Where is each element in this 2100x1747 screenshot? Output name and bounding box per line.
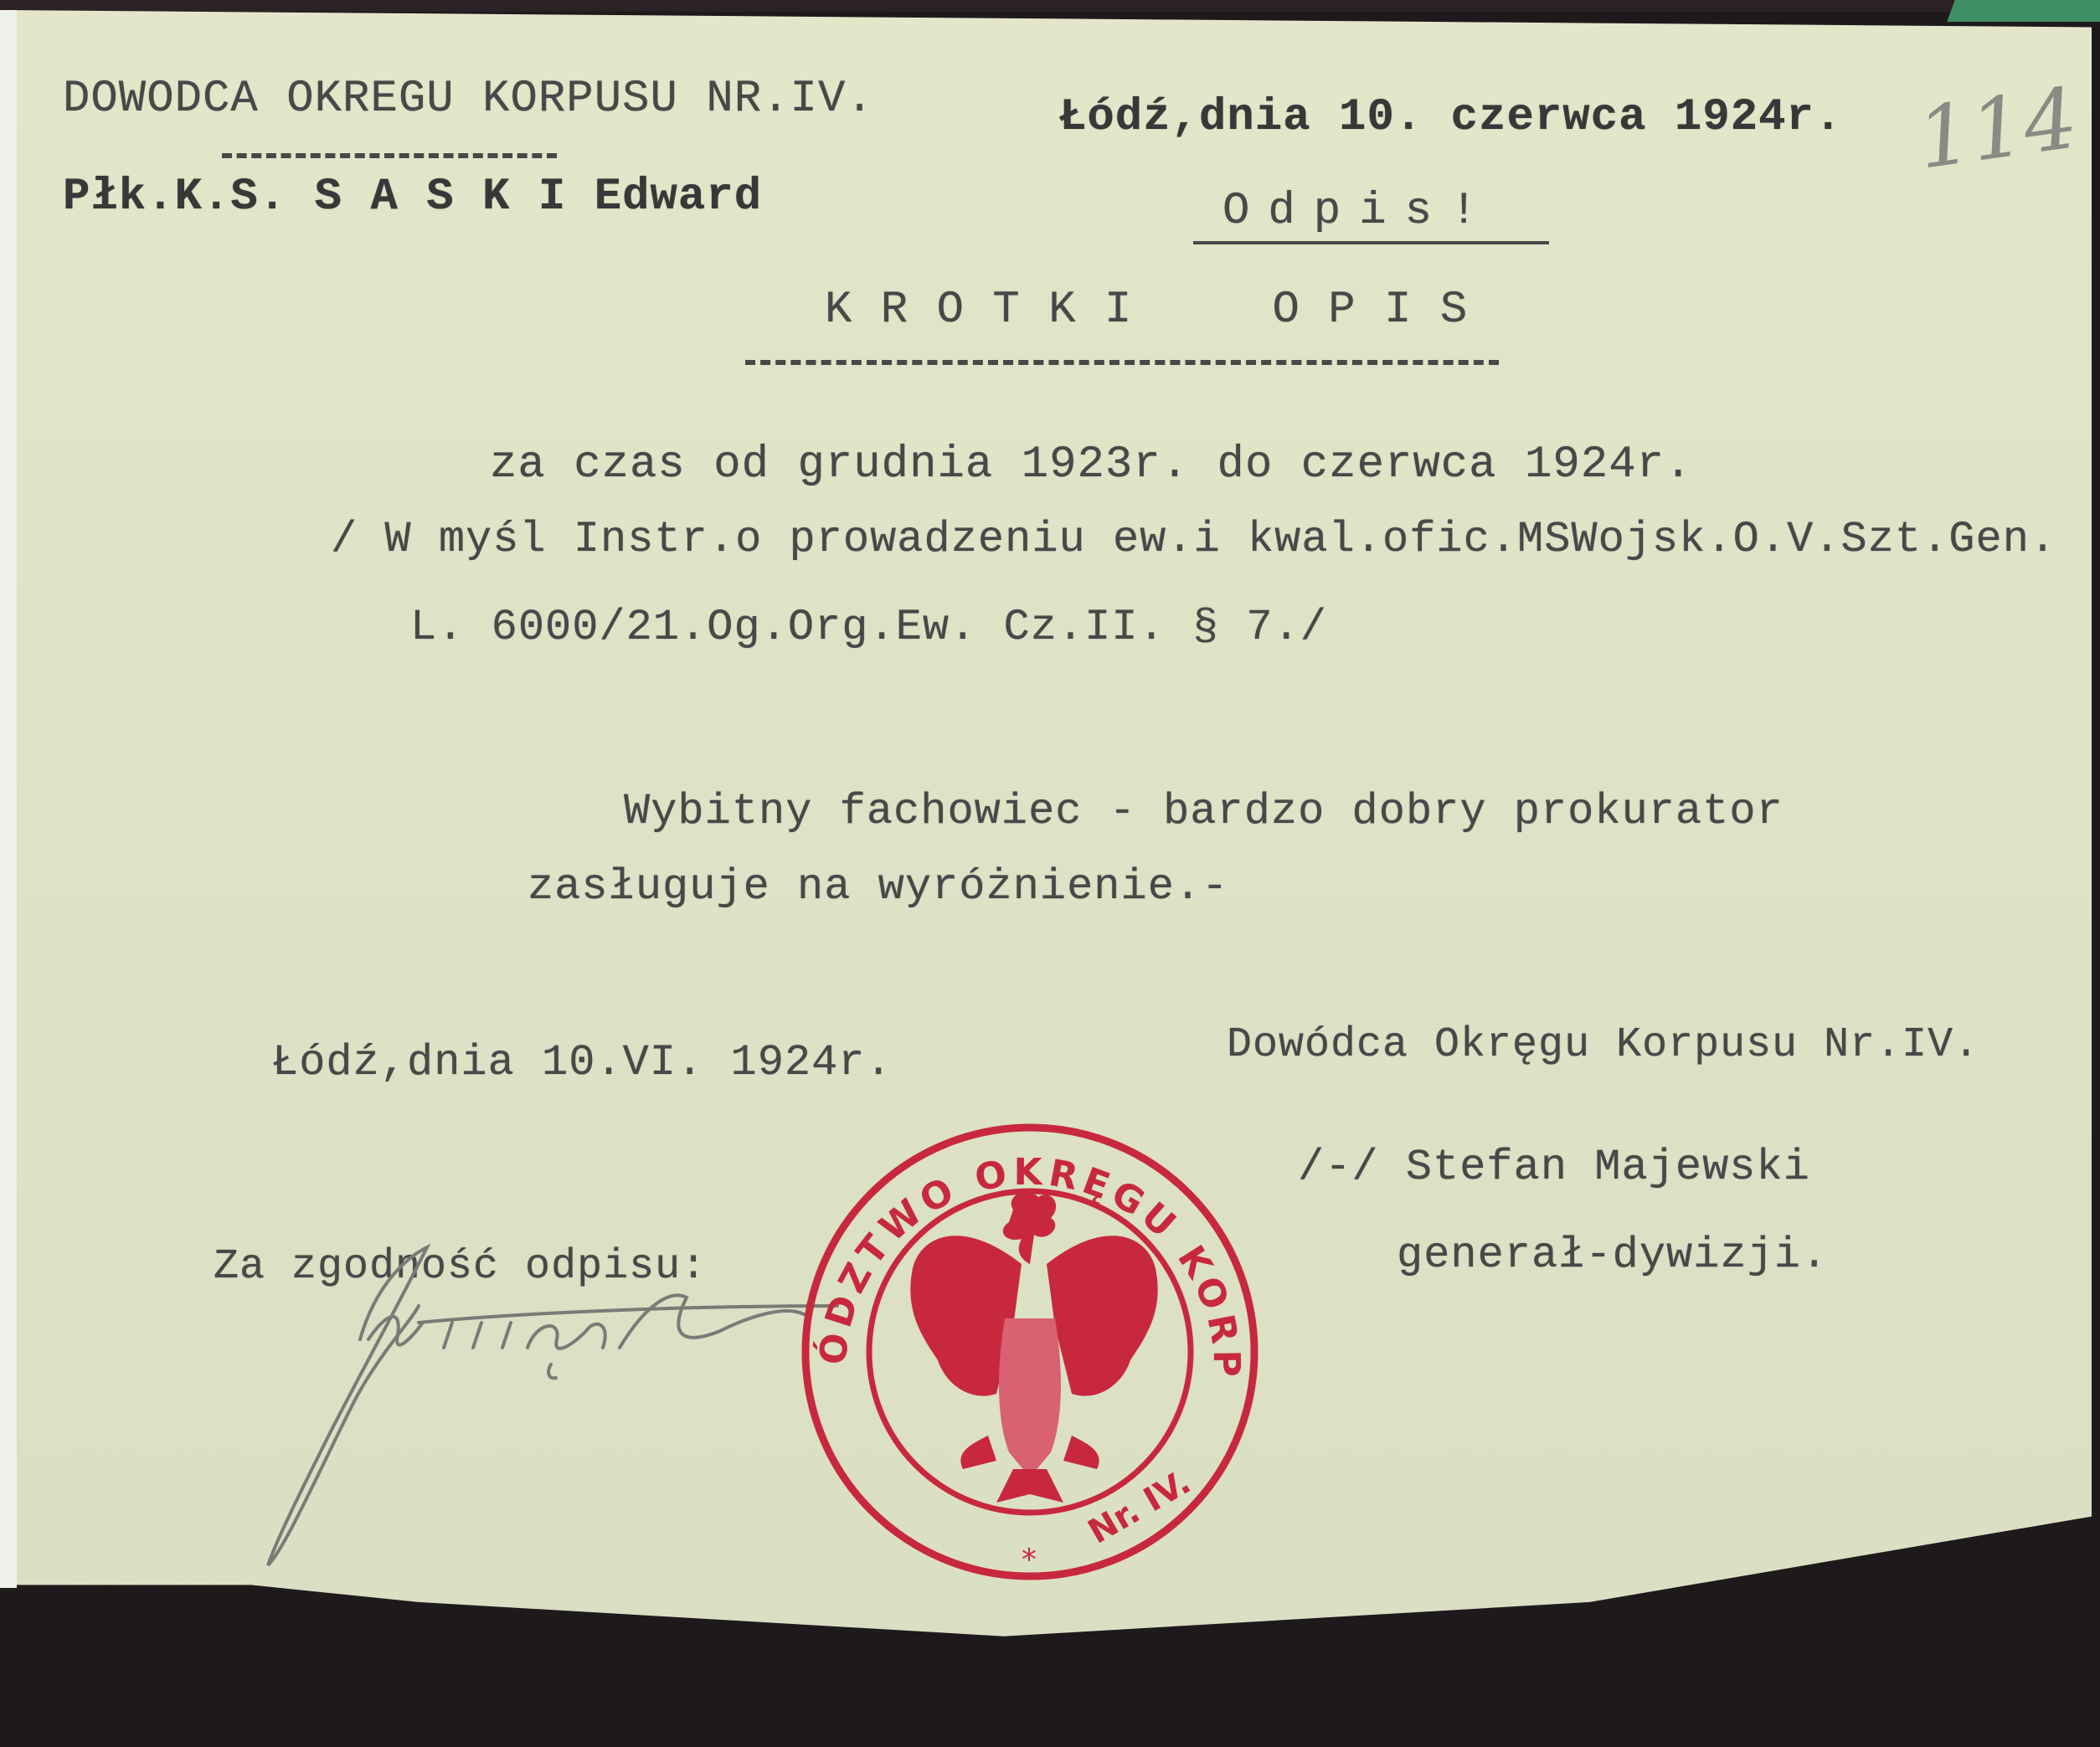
reference-line-2: L. 6000/21.Og.Org.Ew. Cz.II. § 7./	[410, 603, 1327, 652]
title-separator	[745, 360, 1499, 365]
copy-label-underline	[1193, 241, 1549, 244]
scan-background-top	[0, 0, 2100, 12]
period-line: za czas od grudnia 1923r. do czerwca 192…	[490, 439, 1692, 491]
green-folder-corner	[1947, 0, 2100, 22]
reference-line-1: / W myśl Instr.o prowadzeniu ew.i kwal.o…	[331, 515, 2056, 564]
stamp-text-bottom: Nr. IV.	[1082, 1463, 1197, 1552]
signer-title: Dowódca Okręgu Korpusu Nr.IV.	[1227, 1021, 1979, 1069]
header-place-date: Łódź,dnia 10. czerwca 1924r.	[1059, 92, 1842, 143]
official-stamp: DOWÓDZTWO OKRĘGU KORPUSU Nr. IV. *	[795, 1118, 1264, 1586]
signer-name: /-/ Stefan Majewski	[1298, 1143, 1810, 1192]
paper-left-edge	[0, 10, 17, 1588]
footer-place-date: Łódź,dnia 10.VI. 1924r.	[272, 1038, 893, 1087]
document-title: K R O T K I O P I S	[825, 285, 1468, 336]
header-office: DOWODCA OKREGU KORPUSU NR.IV.	[63, 74, 874, 125]
officer-name: Płk.K.S. S A S K I Edward	[63, 172, 762, 223]
copy-label: Odpis!	[1222, 186, 1495, 237]
signer-rank: generał-dywizji.	[1397, 1231, 1828, 1280]
stamp-star: *	[1022, 1543, 1037, 1577]
eagle-icon	[910, 1192, 1157, 1503]
assessment-line-1: Wybitny fachowiec - bardzo dobry prokura…	[624, 787, 1783, 836]
header-separator	[222, 153, 557, 158]
assessment-line-2: zasługuje na wyróżnienie.-	[528, 862, 1228, 912]
